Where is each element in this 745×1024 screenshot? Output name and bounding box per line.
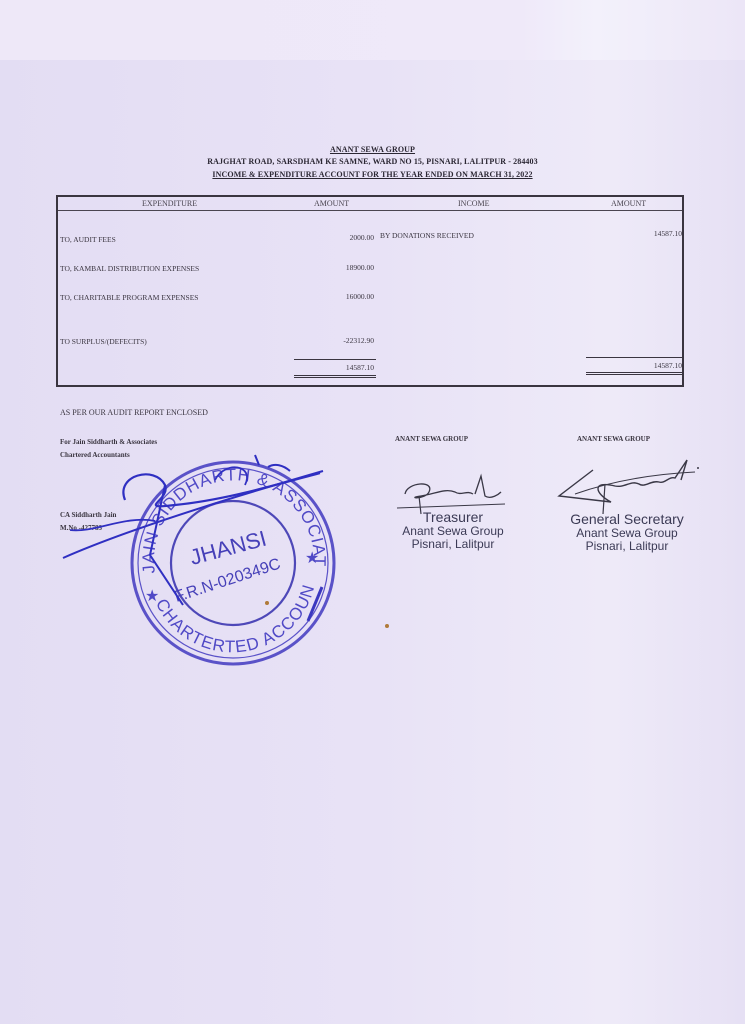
auditor-firm: For Jain Siddharth & Associates [60,438,157,446]
stamp-side-stroke-icon [300,585,330,625]
expenditure-amount: 16000.00 [294,292,374,301]
expenditure-amount: 18900.00 [294,263,374,272]
org-title: ANANT SEWA GROUP [0,145,745,154]
expenditure-label: TO SURPLUS/(DEFECITS) [60,337,147,346]
treasurer-block: Treasurer Anant Sewa Group Pisnari, Lali… [378,510,528,551]
expenditure-amount: -22312.90 [294,336,374,345]
secretary-org-label: ANANT SEWA GROUP [577,435,650,443]
expenditure-total-double-rule [294,375,376,378]
statement-title: INCOME & EXPENDITURE ACCOUNT FOR THE YEA… [0,170,745,179]
org-address: RAJGHAT ROAD, SARSDHAM KE SAMNE, WARD NO… [0,157,745,166]
column-header-expenditure-amount: AMOUNT [314,199,349,208]
column-header-expenditure: EXPENDITURE [142,199,197,208]
column-header-income-amount: AMOUNT [611,199,646,208]
column-header-income: INCOME [458,199,490,208]
secretary-place: Pisnari, Lalitpur [552,540,702,553]
ink-spot [385,624,389,628]
expenditure-total: 14587.10 [294,363,374,372]
income-total: 14587.10 [602,361,682,370]
treasurer-designation: Treasurer [378,510,528,525]
expenditure-label: TO, AUDIT FEES [60,235,116,244]
expenditure-total-rule [294,359,376,360]
income-total-rule [586,357,682,358]
auditor-signature-icon [55,455,335,575]
expenditure-label: TO, CHARITABLE PROGRAM EXPENSES [60,293,198,302]
secretary-designation: General Secretary [552,512,702,527]
scan-background-top [0,0,745,60]
income-label: BY DONATIONS RECEIVED [380,231,474,240]
secretary-block: General Secretary Anant Sewa Group Pisna… [552,512,702,553]
treasurer-place: Pisnari, Lalitpur [378,538,528,551]
audit-note: AS PER OUR AUDIT REPORT ENCLOSED [60,408,208,417]
income-total-double-rule [586,372,682,375]
header-divider [58,210,682,211]
expenditure-label: TO, KAMBAL DISTRIBUTION EXPENSES [60,264,199,273]
secretary-signature-icon [555,450,705,520]
treasurer-org-label: ANANT SEWA GROUP [395,435,468,443]
expenditure-amount: 2000.00 [294,233,374,242]
income-expenditure-table: EXPENDITURE AMOUNT INCOME AMOUNT TO, AUD… [56,195,684,387]
income-amount: 14587.10 [602,229,682,238]
svg-text:★: ★ [145,588,159,605]
